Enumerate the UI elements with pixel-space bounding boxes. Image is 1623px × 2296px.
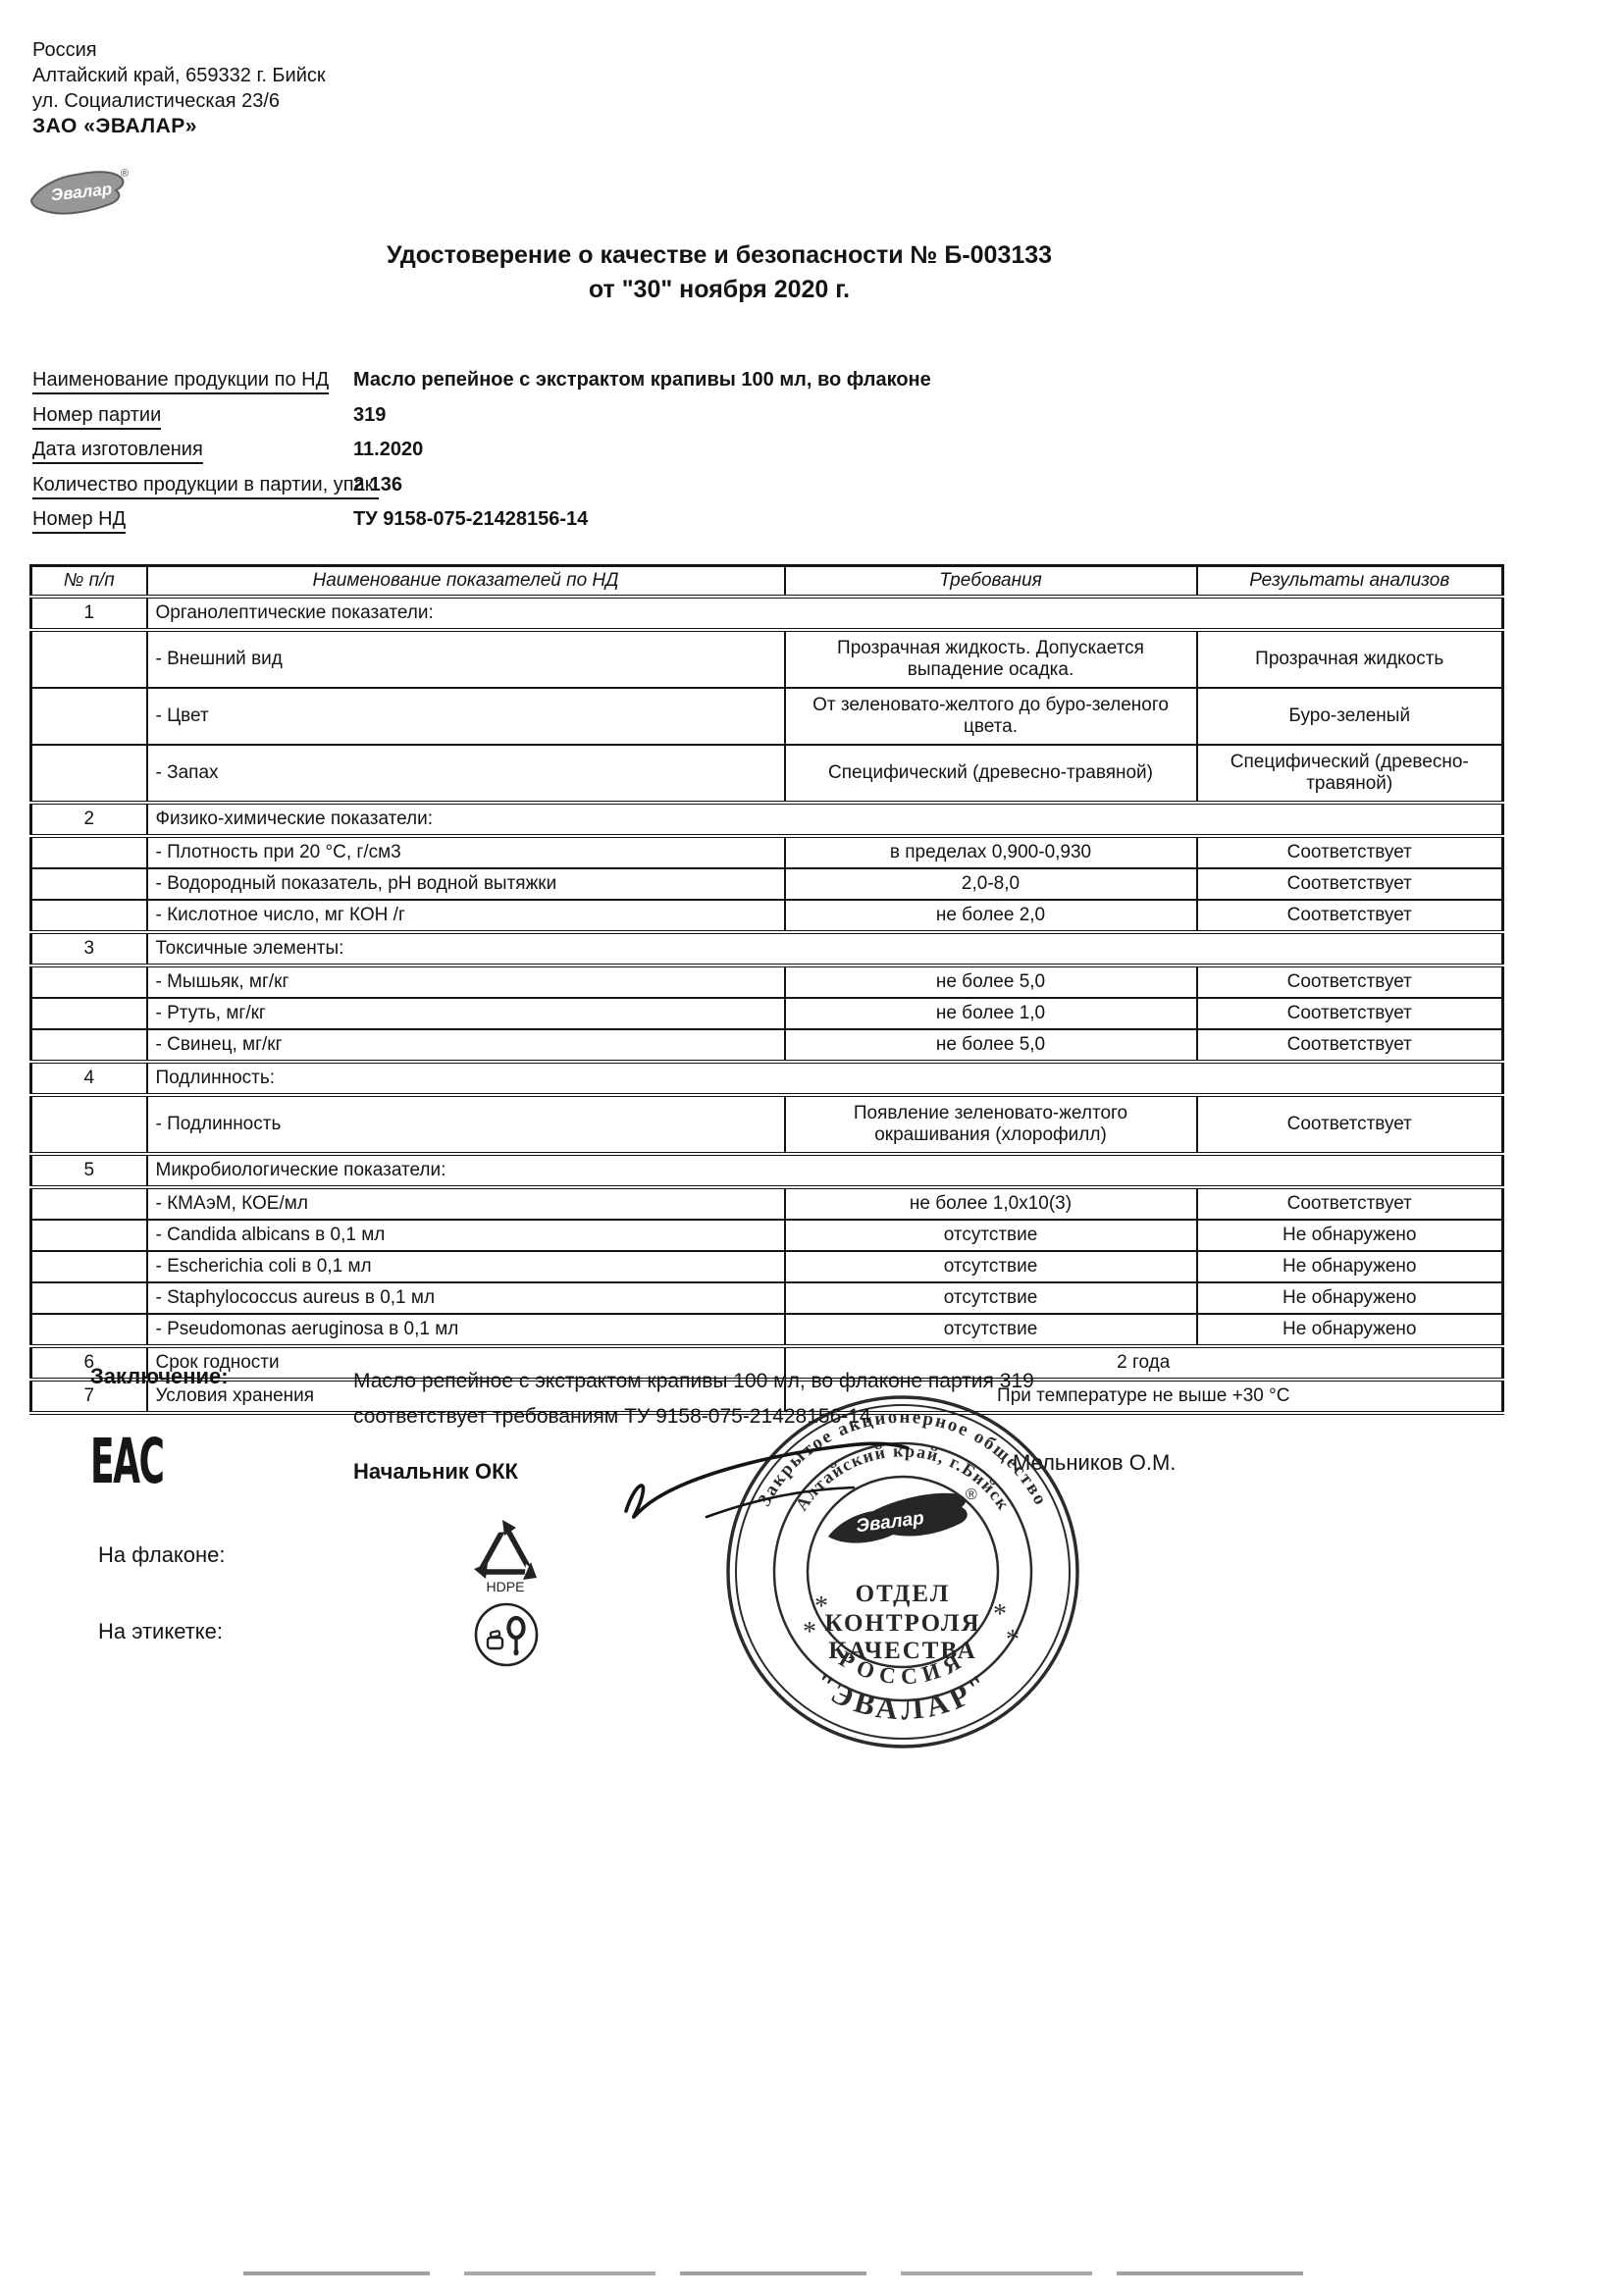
table-row: - ЦветОт зеленовато-желтого до буро-зеле… xyxy=(31,688,1503,745)
row-number xyxy=(31,1029,147,1062)
stamp-dept-line1: ОТДЕЛ xyxy=(856,1581,951,1607)
cosmetic-product-icon xyxy=(471,1599,542,1670)
mirror-handle-end xyxy=(513,1649,518,1656)
result-value: Не обнаружено xyxy=(1197,1251,1503,1282)
stamp-dept-line3: КАЧЕСТВА xyxy=(828,1638,976,1664)
requirement-value: не более 1,0х10(3) xyxy=(785,1187,1197,1220)
result-value: Соответствует xyxy=(1197,1095,1503,1154)
table-row: - Staphylococcus aureus в 0,1 млотсутств… xyxy=(31,1282,1503,1314)
table-row: - ЗапахСпецифический (древесно-травяной)… xyxy=(31,745,1503,803)
doc-title-line2: от "30" ноября 2020 г. xyxy=(32,273,1406,307)
indicator-name: - Запах xyxy=(147,745,785,803)
indicator-name: - Внешний вид xyxy=(147,630,785,688)
result-value: Соответствует xyxy=(1197,868,1503,900)
field-label: Номер партии xyxy=(32,404,161,430)
table-row: 2Физико-химические показатели: xyxy=(31,803,1503,836)
col-header-requirements: Требования xyxy=(785,566,1197,598)
result-value: Соответствует xyxy=(1197,998,1503,1029)
row-number: 2 xyxy=(31,803,147,836)
table-row: - Внешний видПрозрачная жидкость. Допуск… xyxy=(31,630,1503,688)
requirement-value: в пределах 0,900-0,930 xyxy=(785,836,1197,868)
product-fields: Наименование продукции по НД Масло репей… xyxy=(32,369,379,544)
hand-mirror xyxy=(509,1618,524,1638)
org-address-block: Россия Алтайский край, 659332 г. Бийск у… xyxy=(32,37,326,139)
table-row: - Плотность при 20 °С, г/см3в пределах 0… xyxy=(31,836,1503,868)
requirement-value: отсутствие xyxy=(785,1282,1197,1314)
section-title: Физико-химические показатели: xyxy=(147,803,1503,836)
requirement-value: отсутствие xyxy=(785,1314,1197,1346)
scanned-quality-certificate: Россия Алтайский край, 659332 г. Бийск у… xyxy=(0,0,1623,2296)
field-label: Дата изготовления xyxy=(32,439,203,464)
result-value: Соответствует xyxy=(1197,1187,1503,1220)
indicator-name: - Подлинность xyxy=(147,1095,785,1154)
table-row: 1Органолептические показатели: xyxy=(31,597,1503,630)
field-batch-quantity: Количество продукции в партии, упак. 2 1… xyxy=(32,474,379,509)
row-number: 3 xyxy=(31,932,147,965)
requirement-value: не более 2,0 xyxy=(785,900,1197,932)
table-row: 5Микробиологические показатели: xyxy=(31,1154,1503,1187)
row-number xyxy=(31,868,147,900)
table-row: - ПодлинностьПоявление зеленовато-желтог… xyxy=(31,1095,1503,1154)
col-header-results: Результаты анализов xyxy=(1197,566,1503,598)
requirement-value: отсутствие xyxy=(785,1251,1197,1282)
indicator-name: - КМАэМ, КОЕ/мл xyxy=(147,1187,785,1220)
signature xyxy=(589,1401,1011,1548)
on-bottle-label: На флаконе: xyxy=(98,1542,226,1568)
field-label: Количество продукции в партии, упак. xyxy=(32,474,379,499)
row-number xyxy=(31,998,147,1029)
row-number: 1 xyxy=(31,597,147,630)
stamp-star-icon: * xyxy=(993,1599,1007,1630)
requirement-value: Специфический (древесно-травяной) xyxy=(785,745,1197,803)
row-number: 4 xyxy=(31,1062,147,1095)
requirement-value: не более 5,0 xyxy=(785,1029,1197,1062)
row-number xyxy=(31,965,147,998)
row-number xyxy=(31,900,147,932)
table-header-row: № п/п Наименование показателей по НД Тре… xyxy=(31,566,1503,598)
section-title: Подлинность: xyxy=(147,1062,1503,1095)
conclusion-label: Заключение: xyxy=(90,1364,229,1389)
result-value: Не обнаружено xyxy=(1197,1314,1503,1346)
col-header-indicator: Наименование показателей по НД xyxy=(147,566,785,598)
requirement-value: не более 1,0 xyxy=(785,998,1197,1029)
table-row: - Свинец, мг/кгне более 5,0Соответствует xyxy=(31,1029,1503,1062)
result-value: Прозрачная жидкость xyxy=(1197,630,1503,688)
result-value: Не обнаружено xyxy=(1197,1220,1503,1251)
evalar-logo: Эвалар ® xyxy=(26,161,133,222)
doc-title-line1: Удостоверение о качестве и безопасности … xyxy=(32,238,1406,273)
indicator-name: - Плотность при 20 °С, г/см3 xyxy=(147,836,785,868)
requirement-value: отсутствие xyxy=(785,1220,1197,1251)
table-row: - Кислотное число, мг КОН /гне более 2,0… xyxy=(31,900,1503,932)
col-header-num: № п/п xyxy=(31,566,147,598)
indicator-name: - Кислотное число, мг КОН /г xyxy=(147,900,785,932)
scan-artifact-line xyxy=(243,2271,1328,2275)
result-value: Не обнаружено xyxy=(1197,1282,1503,1314)
result-value: Буро-зеленый xyxy=(1197,688,1503,745)
requirement-value: Появление зеленовато-желтого окрашивания… xyxy=(785,1095,1197,1154)
signer-role: Начальник ОКК xyxy=(353,1459,518,1485)
field-label: Наименование продукции по НД xyxy=(32,369,329,394)
table-row: - Водородный показатель, рН водной вытяж… xyxy=(31,868,1503,900)
cream-jar-lid xyxy=(491,1631,500,1638)
field-value: 11.2020 xyxy=(353,439,423,461)
requirement-value: Прозрачная жидкость. Допускается выпаден… xyxy=(785,630,1197,688)
section-title: Органолептические показатели: xyxy=(147,597,1503,630)
row-number xyxy=(31,688,147,745)
indicator-name: - Pseudomonas aeruginosa в 0,1 мл xyxy=(147,1314,785,1346)
spec-table: № п/п Наименование показателей по НД Тре… xyxy=(29,564,1504,1415)
table-row: - Pseudomonas aeruginosa в 0,1 млотсутст… xyxy=(31,1314,1503,1346)
org-country: Россия xyxy=(32,37,326,63)
stamp-star-icon: * xyxy=(1006,1625,1020,1655)
result-value: Соответствует xyxy=(1197,1029,1503,1062)
field-label: Номер НД xyxy=(32,508,126,534)
section-title: Микробиологические показатели: xyxy=(147,1154,1503,1187)
on-label-label: На этикетке: xyxy=(98,1619,223,1644)
table-row: - Ртуть, мг/кгне более 1,0Соответствует xyxy=(31,998,1503,1029)
indicator-name: - Ртуть, мг/кг xyxy=(147,998,785,1029)
registered-mark-icon: ® xyxy=(121,168,129,180)
requirement-value: не более 5,0 xyxy=(785,965,1197,998)
cream-jar xyxy=(488,1638,502,1648)
table-row: - Escherichia coli в 0,1 млотсутствиеНе … xyxy=(31,1251,1503,1282)
field-value: 319 xyxy=(353,404,386,427)
indicator-name: - Escherichia coli в 0,1 мл xyxy=(147,1251,785,1282)
indicator-name: - Staphylococcus aureus в 0,1 мл xyxy=(147,1282,785,1314)
signature-stroke xyxy=(626,1443,908,1517)
signature-stroke2 xyxy=(707,1487,854,1517)
hdpe-recycling-icon: HDPE xyxy=(473,1519,538,1603)
section-title: Токсичные элементы: xyxy=(147,932,1503,965)
field-manufacture-date: Дата изготовления 11.2020 xyxy=(32,439,379,474)
result-value: Соответствует xyxy=(1197,900,1503,932)
doc-title: Удостоверение о качестве и безопасности … xyxy=(32,238,1406,307)
field-value: Масло репейное с экстрактом крапивы 100 … xyxy=(353,369,931,391)
hdpe-text: HDPE xyxy=(487,1579,525,1594)
table-row: - Мышьяк, мг/кгне более 5,0Соответствует xyxy=(31,965,1503,998)
indicator-name: - Цвет xyxy=(147,688,785,745)
row-number xyxy=(31,1187,147,1220)
field-value: ТУ 9158-075-21428156-14 xyxy=(353,508,588,531)
indicator-name: - Мышьяк, мг/кг xyxy=(147,965,785,998)
indicator-name: - Водородный показатель, рН водной вытяж… xyxy=(147,868,785,900)
eac-mark-icon: ЕАС xyxy=(90,1421,183,1497)
requirement-value: 2,0-8,0 xyxy=(785,868,1197,900)
field-nd-number: Номер НД ТУ 9158-075-21428156-14 xyxy=(32,508,379,544)
requirement-value: От зеленовато-желтого до буро-зеленого ц… xyxy=(785,688,1197,745)
row-number xyxy=(31,1282,147,1314)
stamp-dept-line2: КОНТРОЛЯ xyxy=(824,1610,980,1637)
table-row: 3Токсичные элементы: xyxy=(31,932,1503,965)
table-row: - КМАэМ, КОЕ/млне более 1,0х10(3)Соответ… xyxy=(31,1187,1503,1220)
field-product-name: Наименование продукции по НД Масло репей… xyxy=(32,369,379,404)
row-number xyxy=(31,630,147,688)
org-region: Алтайский край, 659332 г. Бийск xyxy=(32,63,326,88)
stamp-star-icon: * xyxy=(803,1617,816,1647)
indicator-name: - Свинец, мг/кг xyxy=(147,1029,785,1062)
indicator-name: - Candida albicans в 0,1 мл xyxy=(147,1220,785,1251)
result-value: Специфический (древесно-травяной) xyxy=(1197,745,1503,803)
spec-table-body: 1Органолептические показатели:- Внешний … xyxy=(31,597,1503,1413)
row-number xyxy=(31,745,147,803)
result-value: Соответствует xyxy=(1197,836,1503,868)
row-number xyxy=(31,1314,147,1346)
org-street: ул. Социалистическая 23/6 xyxy=(32,88,326,114)
result-value: Соответствует xyxy=(1197,965,1503,998)
row-number xyxy=(31,1220,147,1251)
eac-mark-text: ЕАС xyxy=(90,1426,164,1497)
field-batch-number: Номер партии 319 xyxy=(32,404,379,440)
field-value: 2 136 xyxy=(353,474,402,496)
row-number xyxy=(31,836,147,868)
row-number xyxy=(31,1251,147,1282)
table-row: - Candida albicans в 0,1 млотсутствиеНе … xyxy=(31,1220,1503,1251)
row-number xyxy=(31,1095,147,1154)
org-company-name: ЗАО «ЭВАЛАР» xyxy=(32,114,326,139)
icon-circle xyxy=(476,1604,537,1665)
table-row: 4Подлинность: xyxy=(31,1062,1503,1095)
row-number: 5 xyxy=(31,1154,147,1187)
